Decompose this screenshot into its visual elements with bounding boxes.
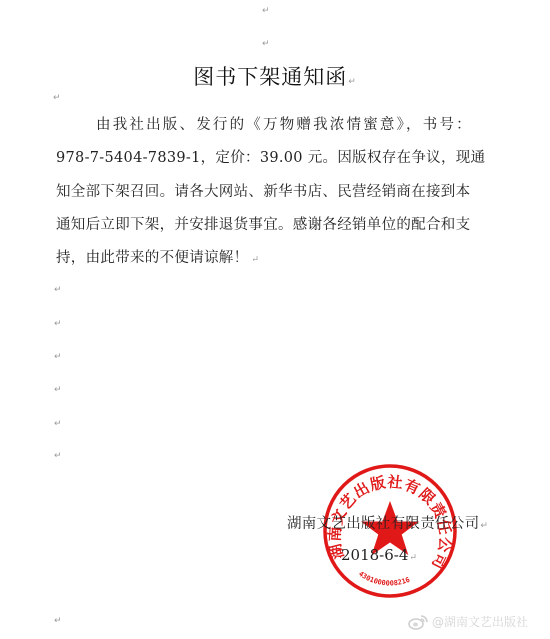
body-line: 持，由此带来的不便请谅解！ (56, 250, 248, 266)
paragraph-mark: ↵ (251, 255, 259, 265)
paragraph-mark: ↵ (54, 452, 62, 461)
paragraph-mark: ↵ (262, 40, 270, 49)
document-title: 图书下架通知函↵ (0, 61, 550, 91)
title-text: 图书下架通知函 (193, 65, 347, 89)
paragraph-mark: ↵ (348, 77, 357, 87)
body-line: 通知后立即下架，并安排退货事宜。感谢各经销单位的配合和支 (56, 213, 496, 234)
signer-company-text: 湖南文艺出版社有限责任公司 (287, 516, 479, 532)
signer-company: 湖南文艺出版社有限责任公司↵ (287, 512, 488, 533)
paragraph-mark: ↵ (409, 553, 417, 563)
body-line: 由我社出版、发行的《万物赠我浓情蜜意》，书号： (96, 113, 536, 134)
signature-date: 2018-6-4↵ (341, 546, 417, 564)
weibo-watermark: @湖南文艺出版社 (408, 613, 528, 630)
body-line: 978-7-5404-7839-1，定价：39.00 元。因版权存在争议，现通 (56, 146, 496, 167)
watermark-text: @湖南文艺出版社 (432, 613, 528, 630)
paragraph-mark: ↵ (480, 521, 488, 531)
paragraph-mark: ↵ (54, 353, 62, 362)
paragraph-mark: ↵ (262, 7, 270, 16)
paragraph-mark: ↵ (54, 386, 62, 395)
paragraph-mark: ↵ (54, 320, 62, 329)
weibo-icon (408, 614, 428, 630)
svg-text:4301000008216: 4301000008216 (357, 570, 411, 588)
paragraph-mark: ↵ (54, 286, 62, 295)
body-line: 知全部下架召回。请各大网站、新华书店、民营经销商在接到本 (56, 180, 496, 201)
paragraph-mark: ↵ (54, 420, 62, 429)
body-line-last: 持，由此带来的不便请谅解！↵ (56, 246, 496, 267)
paragraph-mark: ↵ (54, 617, 62, 626)
signature-date-text: 2018-6-4 (341, 546, 408, 564)
paragraph-mark: ↵ (53, 94, 61, 103)
